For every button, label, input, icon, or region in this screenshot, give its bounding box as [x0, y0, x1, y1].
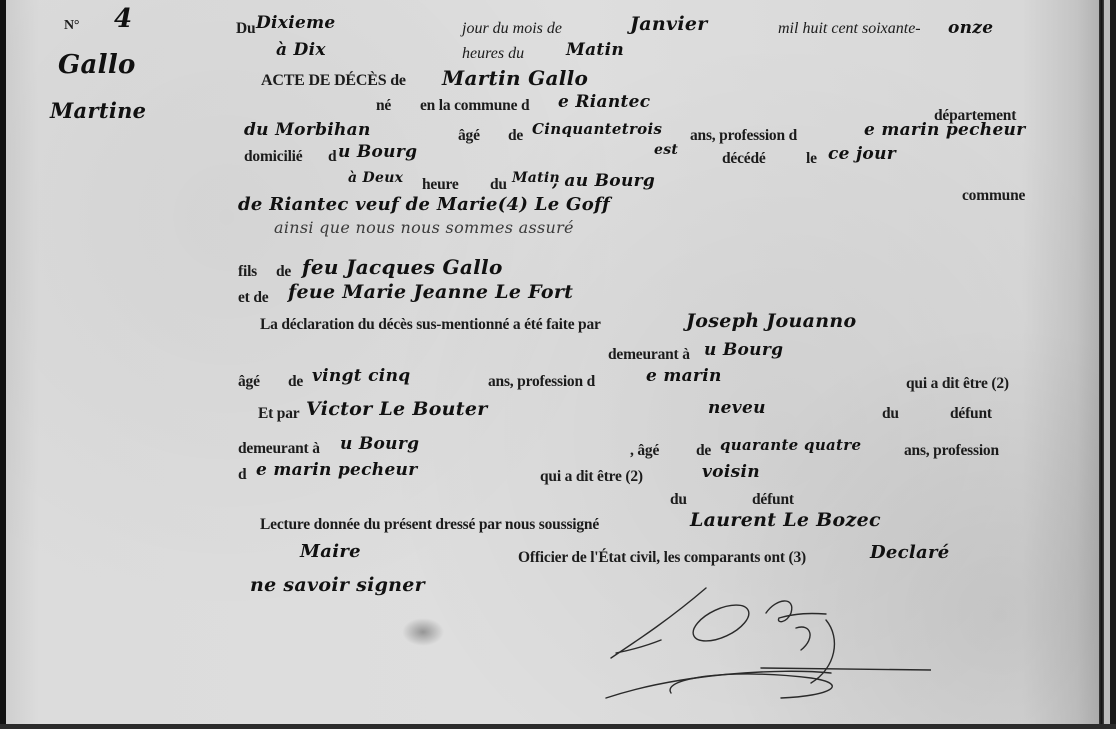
of-label: de	[508, 127, 523, 145]
register-page: N° 4 Gallo Martine Du Dixieme jour du mo…	[6, 0, 1110, 724]
act-title: ACTE DE DÉCÈS de	[261, 72, 406, 90]
record-number-label: N°	[64, 18, 79, 34]
commune-widower-line: de Riantec veuf de Marie(4) Le Goff	[238, 194, 610, 215]
residing-label-1: demeurant à	[608, 346, 690, 364]
deceased-name: Martin Gallo	[442, 66, 588, 90]
declarant2-neighbor: voisin	[702, 462, 760, 482]
of-label-3: de	[696, 442, 711, 460]
ink-smudge	[402, 618, 444, 646]
birth-commune: e Riantec	[558, 92, 650, 112]
declarant2-relation: neveu	[708, 398, 766, 418]
aged-label-3: , âgé	[630, 442, 659, 460]
record-number: 4	[114, 4, 132, 34]
declarant1-age: vingt cinq	[312, 366, 410, 386]
cannot-sign-statement: ne savoir signer	[250, 574, 425, 596]
day-of-month: Dixieme	[256, 13, 336, 33]
aged-label-2: âgé	[238, 373, 260, 391]
officer-statement: Officier de l'État civil, les comparants…	[518, 549, 806, 567]
mother-name: feue Marie Jeanne Le Fort	[288, 281, 573, 303]
line1-prefix: Du	[236, 20, 255, 38]
adjacent-page-edge	[1104, 0, 1110, 724]
of-the-label: du	[490, 176, 507, 194]
margin-given-name: Martine	[50, 98, 146, 123]
son-of-label: de	[276, 263, 291, 281]
relation-label-1: qui a dit être (2)	[906, 375, 1009, 393]
line2-text: heures du	[462, 45, 524, 63]
declarant2-profession: e marin pecheur	[256, 460, 417, 480]
declarant1-name: Joseph Jouanno	[686, 310, 856, 332]
of-label-2: de	[288, 373, 303, 391]
inserted-word: est	[654, 142, 678, 158]
declarant2-name: Victor Le Bouter	[306, 398, 488, 420]
and-by-label: Et par	[258, 405, 299, 423]
margin-surname: Gallo	[58, 50, 136, 80]
line1-year-text: mil huit cent soixante-	[778, 20, 921, 38]
residing-label-2: demeurant à	[238, 440, 320, 458]
father-name: feu Jacques Gallo	[302, 255, 503, 279]
son-label: fils	[238, 263, 257, 281]
profession-label-3: ans, profession	[904, 442, 999, 460]
declarant1-profession: e marin	[646, 366, 722, 386]
year-suffix: onze	[948, 18, 993, 38]
commune-label: en la commune d	[420, 97, 529, 115]
hour-label: heure	[422, 176, 459, 194]
deceased-label-2: défunt	[752, 491, 794, 509]
deceased-age: Cinquantetrois	[532, 120, 662, 138]
department: du Morbihan	[244, 120, 371, 140]
commune-word: commune	[962, 187, 1025, 205]
officer-title: Maire	[300, 541, 361, 562]
on-label: le	[806, 150, 817, 168]
scan-bottom-border	[0, 724, 1116, 729]
deceased-residence: u Bourg	[338, 142, 417, 162]
reading-statement: Lecture donnée du présent dressé par nou…	[260, 516, 599, 534]
hour-of-record: à Dix	[276, 40, 326, 60]
profession-label-2: ans, profession d	[488, 373, 595, 391]
and-of-label: et de	[238, 289, 268, 307]
deceased-label-1: défunt	[950, 405, 992, 423]
deceased-profession: e marin pecheur	[864, 120, 1025, 140]
verification-line: ainsi que nous nous sommes assuré	[274, 218, 574, 237]
death-day: ce jour	[828, 144, 896, 164]
declaration-text: La déclaration du décès sus-mentionné a …	[260, 316, 601, 334]
time-of-day: Matin	[566, 40, 624, 60]
officer-name: Laurent Le Bozec	[690, 509, 881, 531]
of-the-label-2: du	[882, 405, 899, 423]
aged-label: âgé	[458, 127, 480, 145]
profession-prefix: d	[238, 466, 246, 484]
mayor-signature: Le Bozec	[601, 578, 931, 703]
of-the-label-3: du	[670, 491, 687, 509]
declarant2-age: quarante quatre	[720, 436, 861, 454]
born-label: né	[376, 97, 391, 115]
profession-label: ans, profession d	[690, 127, 797, 145]
declared-word: Declaré	[870, 542, 950, 563]
died-label: décédé	[722, 150, 766, 168]
relation-label-2: qui a dit être (2)	[540, 468, 643, 486]
declarant2-residence: u Bourg	[340, 434, 419, 454]
line1-text: jour du mois de	[462, 20, 562, 38]
domicile-label: domicilié	[244, 148, 302, 166]
domicile-prefix: d	[328, 148, 336, 166]
death-place: , au Bourg	[552, 171, 655, 191]
declarant1-residence: u Bourg	[704, 340, 783, 360]
month: Janvier	[630, 13, 708, 35]
death-hour: à Deux	[348, 170, 403, 186]
